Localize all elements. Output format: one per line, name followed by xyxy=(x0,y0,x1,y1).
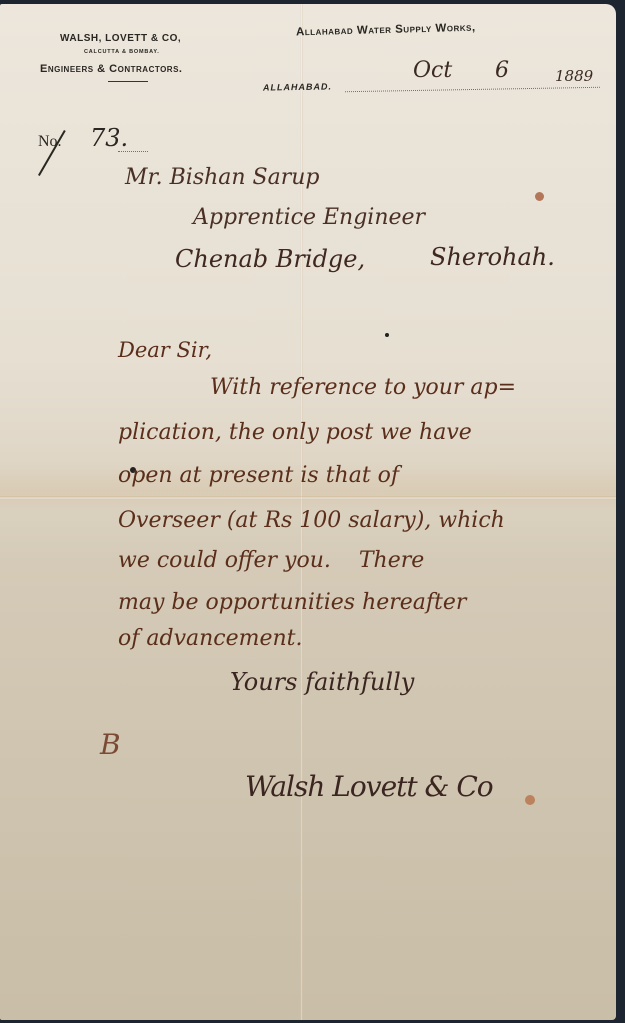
date-day: 6 xyxy=(495,58,509,83)
firm-cities: CALCUTTA & BOMBAY. xyxy=(84,49,160,55)
firm-trade: Engineers & Contractors. xyxy=(40,63,182,75)
body-line: Overseer (at Rs 100 salary), which xyxy=(118,508,505,533)
addressee-name: Mr. Bishan Sarup xyxy=(125,165,320,190)
date-month: Oct xyxy=(413,58,452,83)
body-line: plication, the only post we have xyxy=(118,420,472,445)
firm-name: WALSH, LOVETT & CO, xyxy=(60,33,181,44)
signature: Walsh Lovett & Co xyxy=(245,770,493,803)
reference-number: 73. xyxy=(90,124,128,152)
horizontal-fold-crease xyxy=(0,496,616,500)
addressee-title: Apprentice Engineer xyxy=(193,205,425,230)
body-line: open at present is that of xyxy=(118,463,399,488)
body-line: we could offer you. There xyxy=(118,548,424,573)
initials-mark: B xyxy=(100,728,121,761)
letterhead-rule xyxy=(108,81,148,82)
addressee-place: Sherohah. xyxy=(430,243,555,271)
ink-stain xyxy=(535,192,544,201)
date-year: 1889 xyxy=(555,67,593,85)
place-name: ALLAHABAD. xyxy=(263,81,332,92)
reference-dotted-line xyxy=(118,151,148,152)
ink-blot xyxy=(385,333,389,337)
closing: Yours faithfully xyxy=(230,668,414,696)
greeting: Dear Sir, xyxy=(118,338,212,362)
addressee-location: Chenab Bridge, xyxy=(175,245,365,273)
ink-stain xyxy=(525,795,535,805)
body-line: of advancement. xyxy=(118,626,303,651)
body-line: With reference to your ap= xyxy=(210,375,516,400)
body-line: may be opportunities hereafter xyxy=(118,590,466,615)
